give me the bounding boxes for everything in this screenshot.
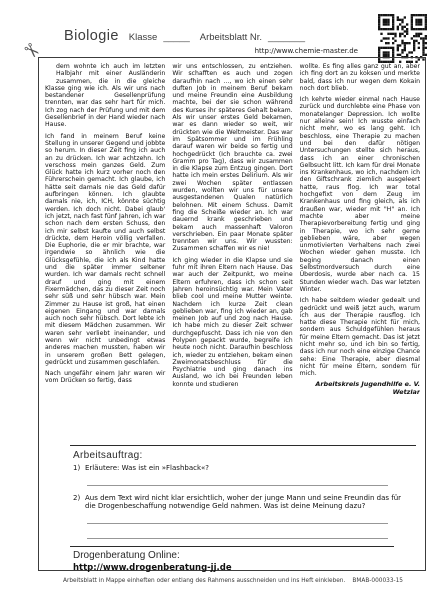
attribution-line: Wetzlar xyxy=(300,389,420,397)
class-label: Klasse xyxy=(129,32,158,43)
paragraph: dem wohnte ich auch im letzten Halbjahr … xyxy=(45,63,165,129)
tasks-section: Arbeitsauftrag: 1) Erläutere: Was ist ei… xyxy=(73,450,412,539)
section-divider xyxy=(70,445,416,446)
attribution: Arbeitskreis Jugendhilfe e. V. Wetzlar xyxy=(300,381,420,396)
task-text: Aus dem Text wird nicht klar ersichtlich… xyxy=(85,494,412,511)
scissors-spacer xyxy=(45,63,56,78)
paragraph: Ich ging wieder in die Klapse und sie fu… xyxy=(172,257,292,388)
counseling-section: Drogenberatung Online: http://www.drogen… xyxy=(73,550,412,573)
worksheet-number-blank-field: _______ xyxy=(268,32,305,43)
paragraph: Ich kehrte wieder einmal nach Hause zurü… xyxy=(300,96,420,293)
counseling-heading: Drogenberatung Online: xyxy=(73,550,412,561)
paragraph: Nach ungefähr einem Jahr waren wir vom D… xyxy=(45,370,165,385)
task-item-1: 1) Erläutere: Was ist ein »Flashback«? xyxy=(73,464,412,473)
answer-line xyxy=(87,513,388,524)
task-number: 1) xyxy=(73,464,85,473)
article-column-3: wollte. Es fing alles ganz gut an, aber … xyxy=(300,63,420,444)
footer-code: BMAB-000033-15 xyxy=(352,578,403,584)
task-text: Erläutere: Was ist ein »Flashback«? xyxy=(85,464,412,473)
article-column-2: wir uns entschlossen, zu entziehen. Wir … xyxy=(172,63,292,444)
paragraph: Ich habe seitdem wieder gedealt und gedr… xyxy=(300,297,420,377)
worksheet-number-label: Arbeitsblatt Nr. xyxy=(200,32,262,43)
page-footer: Arbeitsblatt in Mappe einheften oder ent… xyxy=(63,578,403,584)
task-number: 2) xyxy=(73,494,85,511)
footer-instruction: Arbeitsblatt in Mappe einheften oder ent… xyxy=(63,578,345,584)
section-divider xyxy=(70,546,394,547)
answer-line xyxy=(87,528,388,539)
paragraph: wir uns entschlossen, zu entziehen. Wir … xyxy=(172,63,292,253)
counseling-url: http://www.drogenberatung-jj.de xyxy=(73,563,412,573)
article-column-1: dem wohnte ich auch im letzten Halbjahr … xyxy=(45,63,165,444)
website-url: http://www.chemie-master.de xyxy=(255,47,358,55)
worksheet-frame: dem wohnte ich auch im letzten Halbjahr … xyxy=(38,57,426,571)
task-item-2: 2) Aus dem Text wird nicht klar ersichtl… xyxy=(73,494,412,511)
class-blank-field: _____ xyxy=(163,32,189,43)
tasks-heading: Arbeitsauftrag: xyxy=(73,450,412,461)
worksheet-header: Biologie Klasse _____ Arbeitsblatt Nr. _… xyxy=(64,28,305,44)
worksheet-page: Biologie Klasse _____ Arbeitsblatt Nr. _… xyxy=(0,0,430,609)
paragraph: Ich fand in meinem Beruf keine Stellung … xyxy=(45,133,165,367)
qr-code-icon xyxy=(378,14,427,63)
answer-line xyxy=(87,475,388,486)
page-title: Biologie xyxy=(64,28,119,44)
article-text: dem wohnte ich auch im letzten Halbjahr … xyxy=(45,63,420,444)
paragraph: wollte. Es fing alles ganz gut an, aber … xyxy=(300,63,420,92)
